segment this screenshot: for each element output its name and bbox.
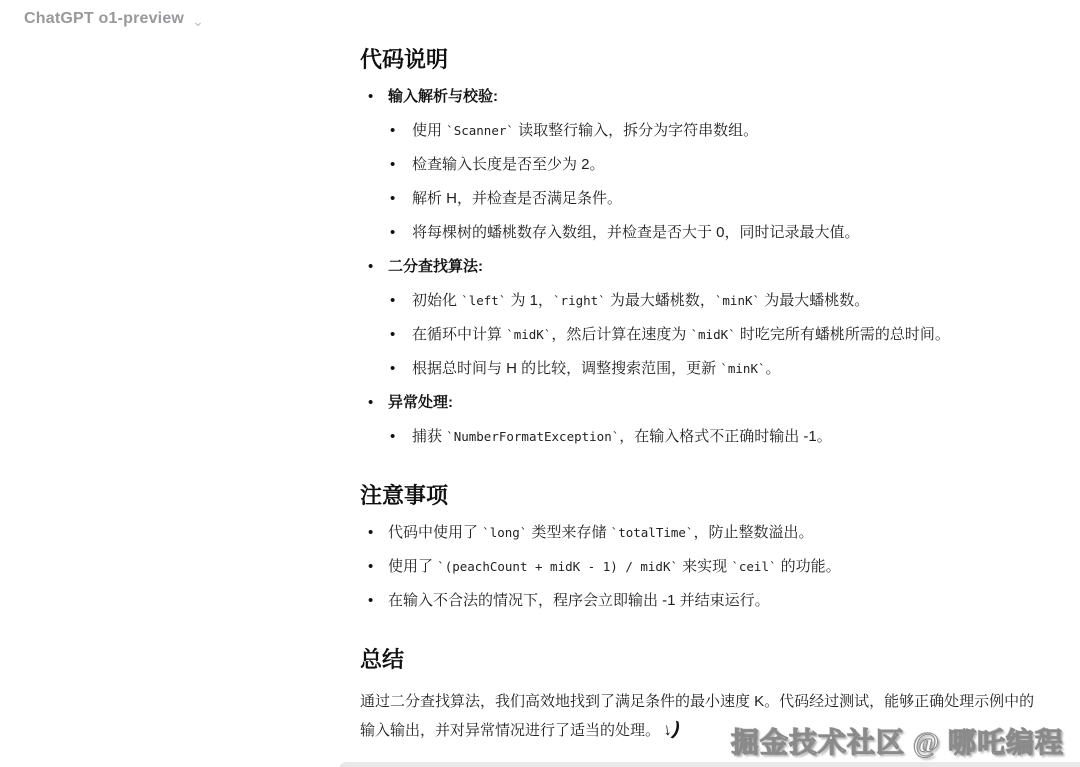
text-segment: 使用了 [388, 558, 437, 575]
list-item-label: 异常处理: [388, 394, 453, 411]
text-segment: 将每棵树的蟠桃数存入数组，并检查是否大于 0，同时记录最大值。 [412, 224, 860, 241]
list-item: 使用 `Scanner` 读取整行输入，拆分为字符串数组。 [388, 119, 1038, 142]
list-item-label: 二分查找算法: [388, 258, 483, 275]
model-selector[interactable]: ChatGPT o1-preview ⌄ [24, 10, 204, 28]
text-segment: 。 [766, 360, 781, 377]
sub-list: 捕获 `NumberFormatException`，在输入格式不正确时输出 -… [388, 425, 1038, 448]
inline-code: `Scanner` [446, 123, 514, 138]
inline-code: `left` [461, 293, 506, 308]
list-item: 代码中使用了 `long` 类型来存储 `totalTime`，防止整数溢出。 [360, 521, 1038, 544]
text-segment: ，在输入格式不正确时输出 -1。 [619, 428, 832, 445]
text-segment: 检查输入长度是否至少为 2。 [412, 156, 605, 173]
list-item: 使用了 `(peachCount + midK - 1) / midK` 来实现… [360, 555, 1038, 578]
text-segment: 代码中使用了 [388, 524, 482, 541]
list-item: 初始化 `left` 为 1，`right` 为最大蟠桃数，`minK` 为最大… [388, 289, 1038, 312]
text-segment: 捕获 [412, 428, 446, 445]
text-segment: 的功能。 [777, 558, 841, 575]
sub-list: 初始化 `left` 为 1，`right` 为最大蟠桃数，`minK` 为最大… [388, 289, 1038, 380]
chevron-down-icon: ⌄ [192, 14, 204, 28]
inline-code: `minK` [715, 293, 760, 308]
list-item: 检查输入长度是否至少为 2。 [388, 153, 1038, 176]
list-item: 解析 H，并检查是否满足条件。 [388, 187, 1038, 210]
inline-code: `(peachCount + midK - 1) / midK` [437, 559, 678, 574]
list-item: 根据总时间与 H 的比较，调整搜索范围，更新 `minK`。 [388, 357, 1038, 380]
text-segment: 在循环中计算 [412, 326, 506, 343]
list-item: 异常处理: 捕获 `NumberFormatException`，在输入格式不正… [360, 391, 1038, 448]
inline-code: `minK` [720, 361, 765, 376]
watermark: 掘金技术社区 @ 哪吒编程 [731, 721, 1064, 761]
assistant-message: 代码说明 输入解析与校验: 使用 `Scanner` 读取整行输入，拆分为字符串… [360, 46, 1038, 745]
list-item: 输入解析与校验: 使用 `Scanner` 读取整行输入，拆分为字符串数组。 检… [360, 85, 1038, 244]
sub-list: 使用 `Scanner` 读取整行输入，拆分为字符串数组。 检查输入长度是否至少… [388, 119, 1038, 244]
list-item: 捕获 `NumberFormatException`，在输入格式不正确时输出 -… [388, 425, 1038, 448]
text-segment: 来实现 [678, 558, 731, 575]
inline-code: `midK` [506, 327, 551, 342]
text-segment: 在输入不合法的情况下，程序会立即输出 -1 并结束运行。 [388, 592, 770, 609]
bullet-list-code-explanation: 输入解析与校验: 使用 `Scanner` 读取整行输入，拆分为字符串数组。 检… [360, 85, 1038, 448]
inline-code: `right` [553, 293, 606, 308]
text-segment: ，然后计算在速度为 [551, 326, 690, 343]
list-item: 二分查找算法: 初始化 `left` 为 1，`right` 为最大蟠桃数，`m… [360, 255, 1038, 380]
list-item-label: 输入解析与校验: [388, 88, 498, 105]
inline-code: `ceil` [731, 559, 776, 574]
text-segment: 读取整行输入，拆分为字符串数组。 [514, 122, 758, 139]
list-item: 在循环中计算 `midK`，然后计算在速度为 `midK` 时吃完所有蟠桃所需的… [388, 323, 1038, 346]
text-segment: 根据总时间与 H 的比较，调整搜索范围，更新 [412, 360, 720, 377]
list-item: 在输入不合法的情况下，程序会立即输出 -1 并结束运行。 [360, 589, 1038, 612]
text-segment: 时吃完所有蟠桃所需的总时间。 [736, 326, 950, 343]
inline-code: `long` [482, 525, 527, 540]
text-segment: 解析 H，并检查是否满足条件。 [412, 190, 622, 207]
text-segment: 类型来存储 [527, 524, 610, 541]
section-title-code-explanation: 代码说明 [360, 46, 1038, 74]
inline-code: `totalTime` [611, 525, 694, 540]
model-label: ChatGPT o1-preview [24, 10, 184, 28]
list-item: 将每棵树的蟠桃数存入数组，并检查是否大于 0，同时记录最大值。 [388, 221, 1038, 244]
inline-code: `NumberFormatException` [446, 429, 619, 444]
bullet-list-notes: 代码中使用了 `long` 类型来存储 `totalTime`，防止整数溢出。 … [360, 521, 1038, 612]
composer-top-edge[interactable] [338, 762, 1080, 767]
text-segment: 为 1， [506, 292, 553, 309]
text-segment: 为最大蟠桃数。 [760, 292, 869, 309]
inline-code: `midK` [691, 327, 736, 342]
section-title-summary: 总结 [360, 646, 1038, 674]
text-segment: 初始化 [412, 292, 461, 309]
text-segment: ，防止整数溢出。 [693, 524, 813, 541]
text-segment: 使用 [412, 122, 446, 139]
section-title-notes: 注意事项 [360, 482, 1038, 510]
text-segment: 为最大蟠桃数， [606, 292, 715, 309]
